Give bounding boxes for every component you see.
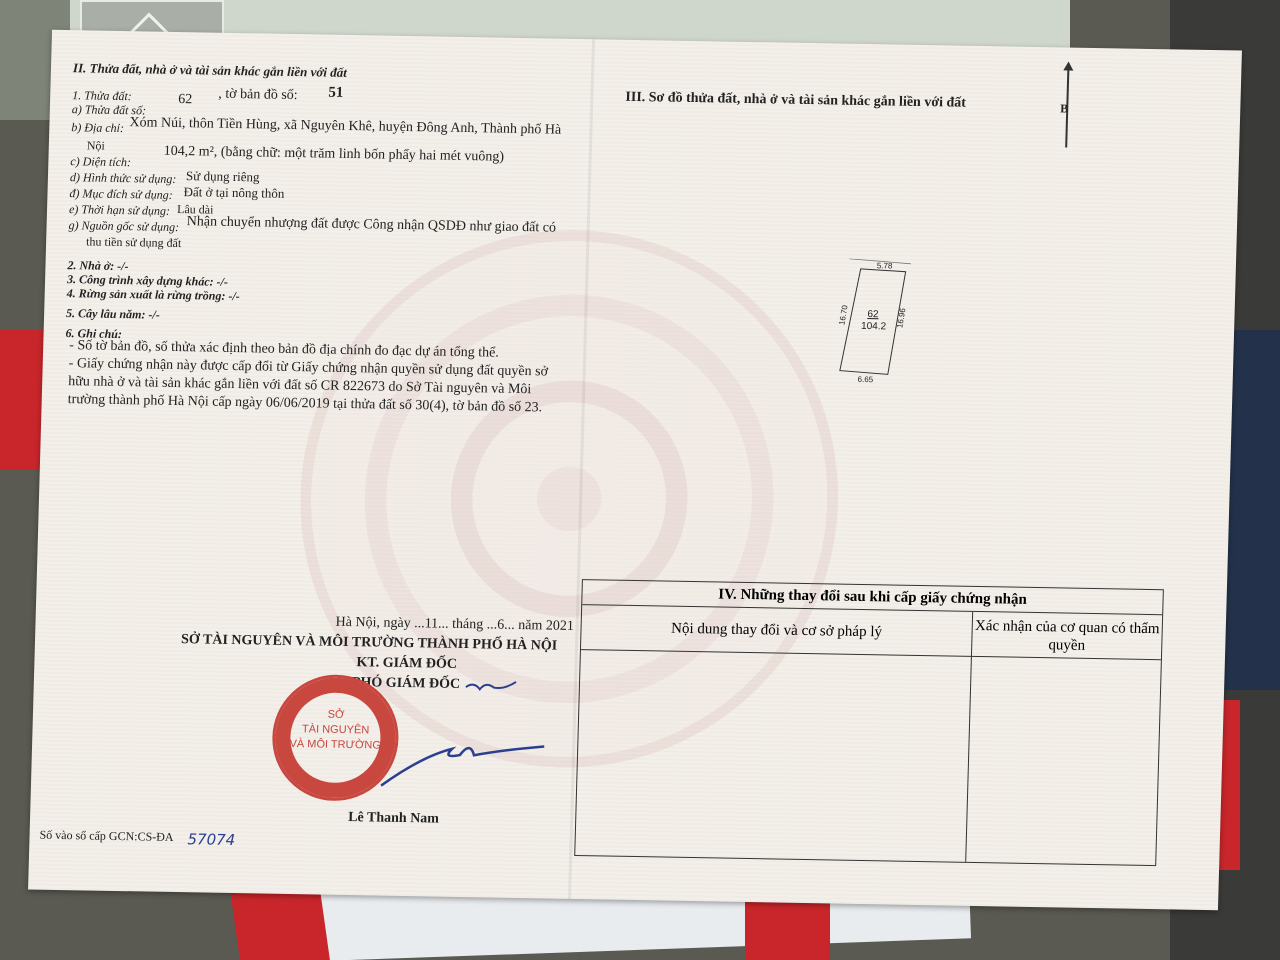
section-iii-title: III. Sơ đồ thửa đất, nhà ở và tài sản kh… [625,90,966,112]
signer-name: Lê Thanh Nam [348,810,439,828]
item5-trees: 5. Cây lâu năm: -/- [66,306,160,323]
edge-top: 5.78 [877,261,893,270]
section-ii-title: II. Thửa đất, nhà ở và tài sản khác gắn … [73,60,347,81]
address-label: b) Địa chỉ: [71,120,124,136]
registry-number: 57074 [187,830,235,849]
map-sheet-number: 51 [328,85,343,102]
plot-area: 104.2 [861,321,886,332]
registry-label: Số vào sổ cấp GCN:CS-ĐA [39,828,173,845]
term-label: e) Thời hạn sử dụng: [69,202,170,219]
north-label: B [1060,101,1068,116]
usage-form-label: d) Hình thức sử dụng: [70,170,177,187]
changes-table: IV. Những thay đổi sau khi cấp giấy chứn… [574,579,1164,866]
plot-parcel-number: 62 [867,309,878,320]
land-certificate: II. Thửa đất, nhà ở và tài sản khác gắn … [28,30,1242,910]
background-red-chair-leg [230,890,330,960]
edge-bottom: 6.65 [857,375,873,384]
origin-line2: thu tiền sử dụng đất [86,234,182,251]
purpose-value: Đất ở tại nông thôn [183,184,284,202]
origin-label: g) Nguồn gốc sử dụng: [68,218,179,235]
kt-director: KT. GIÁM ĐỐC [356,655,457,673]
col-authority-confirmation: Xác nhận của cơ quan có thẩm quyền [972,617,1162,656]
usage-form-value: Sử dụng riêng [186,168,260,185]
parcel-diagram: 5.78 16.70 16.96 6.65 62 104.2 [817,258,941,405]
address-line2: Nội [87,138,105,153]
parcel-number: 62 [178,92,192,108]
item4-forest: 4. Rừng sản xuất là rừng trồng: -/- [66,286,239,304]
col-change-content: Nội dung thay đổi và cơ sở pháp lý [581,605,972,656]
area-label: c) Diện tích: [70,154,131,170]
background-red-chair-leg [745,900,830,960]
address-line1: Xóm Núi, thôn Tiền Hùng, xã Nguyên Khê, … [129,115,561,139]
map-sheet-label: , tờ bản đồ số: [218,87,298,104]
purpose-label: đ) Mục đích sử dụng: [69,186,173,203]
